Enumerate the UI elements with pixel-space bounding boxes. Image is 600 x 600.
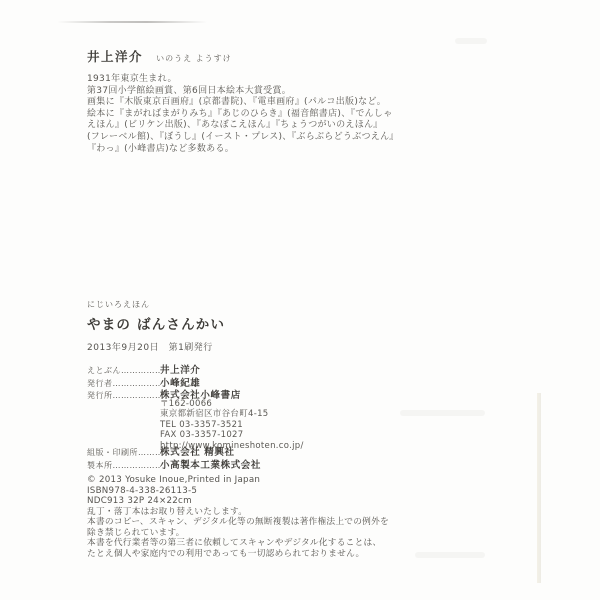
scan-artifact [455,38,487,44]
bio-line: 絵本に『まがればまがりみち』『あじのひらき』(福音館書店)、『でんしゃ [87,109,399,121]
address: 東京都新宿区市谷台町4-15 [160,409,304,419]
series-name: にじいろえほん [87,299,225,310]
credit-label: 製本所 [87,461,113,470]
production-credits: 組版・印刷所……………………… 株式会社 精興社 製本所……………………… 小高… [87,444,261,469]
fax: FAX 03-3357-1027 [160,430,304,440]
edition-date: 2013年9月20日 第1刷発行 [87,340,225,353]
credit-row-bindery: 製本所……………………… 小高製本工業株式会社 [87,457,261,470]
credit-row-publisher-person: 発行者……………………… 小峰紀雄 [87,375,241,388]
notice-line: たとえ個人や家庭内での利用であっても一切認められておりません。 [87,549,389,560]
author-bio: 1931年東京生まれ。 第37回小学館絵画賞、第6回日本絵本大賞受賞。 画集に『… [87,74,399,155]
postal-code: 〒162-0066 [160,399,304,409]
credit-label: えとぶん [87,366,121,375]
copyright-line: © 2013 Yosuke Inoue,Printed in Japan [87,475,389,486]
bio-line: (フレーベル館)、『ぼうし』(イースト・プレス)、『ぶらぶらどうぶつえん』 [87,132,399,144]
bio-line: 画集に『木版東京百画府』(京都書院)、『電車画府』(パルコ出版)など。 [87,97,399,109]
page-right-edge [537,393,541,583]
notice-line: 本書を代行業者等の第三者に依頼してスキャンやデジタル化することは、 [87,538,389,549]
bio-line: えほん』(ビリケン出版)、『あなぼこえほん』『ちょうつがいのえほん』 [87,120,399,132]
legal-block: © 2013 Yosuke Inoue,Printed in Japan ISB… [87,475,389,559]
author-name: 井上洋介 [87,49,143,64]
credit-row-printer: 組版・印刷所……………………… 株式会社 精興社 [87,444,261,457]
bio-line: 第37回小学館絵画賞、第6回日本絵本大賞受賞。 [87,86,399,98]
author-name-kana: いのうえ ようすけ [156,54,232,63]
tel: TEL 03-3357-3521 [160,420,304,430]
credit-row-publisher-company: 発行所……………………… 株式会社小峰書店 [87,387,241,400]
ndc-format: NDC913 32P 24×22cm [87,496,389,507]
credit-label: 発行所 [87,391,113,400]
bio-line: 1931年東京生まれ。 [87,74,399,86]
credit-row-illustrator: えとぶん……………………… 井上洋介 [87,362,241,375]
notice-line: 乱丁・落丁本はお取り替えいたします。 [87,507,389,518]
credit-label: 組版・印刷所 [87,448,138,457]
isbn: ISBN978-4-338-26113-5 [87,486,389,497]
page-top-edge-line [57,21,207,23]
bio-line: 『わっ』(小峰書店)など多数ある。 [87,144,399,156]
notice-line: 除き禁じられています。 [87,528,389,539]
title-block: にじいろえほん やまの ばんさんかい 2013年9月20日 第1刷発行 [87,299,225,353]
dotted-leader: ……………………… [121,366,160,375]
scan-artifact [400,410,485,416]
dotted-leader: ……………………… [113,461,161,470]
author-profile: 井上洋介 いのうえ ようすけ 1931年東京生まれ。 第37回小学館絵画賞、第6… [87,46,399,155]
scan-artifact [415,552,485,558]
credit-value: 小高製本工業株式会社 [160,457,261,471]
notice-line: 本書のコピー、スキャン、デジタル化等の無断複製は著作権法上での例外を [87,517,389,528]
book-title: やまの ばんさんかい [87,313,225,333]
credit-label: 発行者 [87,379,113,388]
dotted-leader: ……………………… [113,379,161,388]
credits-list: えとぶん……………………… 井上洋介 発行者……………………… 小峰紀雄 発行所… [87,362,241,400]
dotted-leader: ……………………… [138,448,160,457]
dotted-leader: ……………………… [113,391,161,400]
author-name-row: 井上洋介 いのうえ ようすけ [87,46,399,65]
colophon-page: 井上洋介 いのうえ ようすけ 1931年東京生まれ。 第37回小学館絵画賞、第6… [0,0,600,600]
